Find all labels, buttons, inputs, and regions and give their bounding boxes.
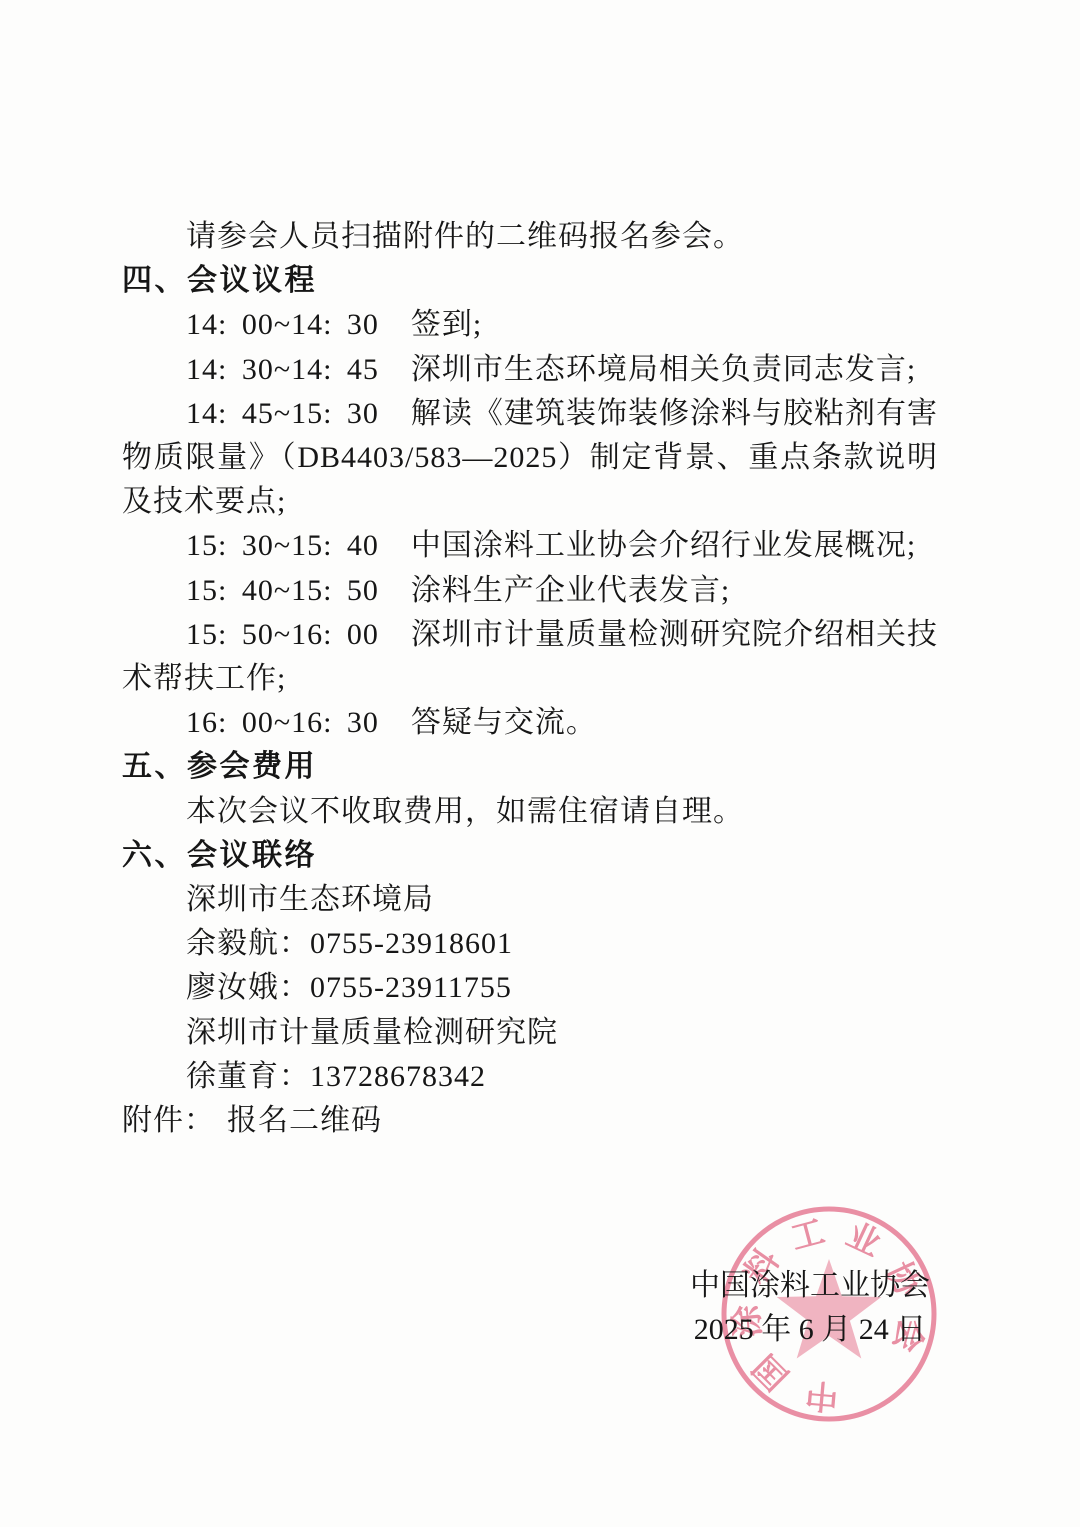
agenda-item: 15: 30~15: 40中国涂料工业协会介绍行业发展概况; xyxy=(122,524,938,568)
document-page: 请参会人员扫描附件的二维码报名参会。 四、会议议程 14: 00~14: 30签… xyxy=(0,0,1080,1527)
contact-line: 深圳市生态环境局 xyxy=(122,878,938,922)
agenda-time: 14: 00~14: 30 xyxy=(186,308,379,341)
agenda-item: 15: 40~15: 50涂料生产企业代表发言; xyxy=(122,569,938,613)
agenda-item: 16: 00~16: 30答疑与交流。 xyxy=(122,701,938,745)
agenda-time: 15: 50~16: 00 xyxy=(186,618,379,651)
contact-line: 廖汝娥：0755-23911755 xyxy=(122,966,938,1010)
contact-line: 深圳市计量质量检测研究院 xyxy=(122,1011,938,1055)
signature-block: 中国涂料工业协会 2025 年 6 月 24 日 xyxy=(690,1264,930,1352)
contact-heading: 六、会议联络 xyxy=(122,834,938,878)
fees-paragraph: 本次会议不收取费用，如需住宿请自理。 xyxy=(122,790,938,834)
agenda-time: 14: 30~14: 45 xyxy=(186,353,379,386)
agenda-activity: 签到; xyxy=(411,308,482,341)
contact-line: 徐董育：13728678342 xyxy=(122,1055,938,1099)
agenda-activity: 中国涂料工业协会介绍行业发展概况; xyxy=(411,529,916,562)
agenda-time: 14: 45~15: 30 xyxy=(186,397,379,430)
agenda-activity: 答疑与交流。 xyxy=(411,706,597,739)
agenda-activity: 涂料生产企业代表发言; xyxy=(411,574,730,607)
agenda-heading: 四、会议议程 xyxy=(122,259,938,303)
agenda-activity: 深圳市生态环境局相关负责同志发言; xyxy=(411,353,916,386)
attachment-value: 报名二维码 xyxy=(227,1104,382,1137)
seal-character: 工 xyxy=(787,1214,828,1257)
agenda-time: 15: 30~15: 40 xyxy=(186,529,379,562)
agenda-item: 14: 00~14: 30签到; xyxy=(122,303,938,347)
agenda-item: 14: 45~15: 30解读《建筑装饰装修涂料与胶粘剂有害物质限量》（DB44… xyxy=(122,392,938,525)
attachment-label: 附件： xyxy=(122,1104,215,1137)
seal-character: 中 xyxy=(804,1375,840,1415)
attachment-line: 附件：报名二维码 xyxy=(122,1099,938,1143)
signature-org: 中国涂料工业协会 xyxy=(690,1264,930,1308)
agenda-item: 15: 50~16: 00深圳市计量质量检测研究院介绍相关技术帮扶工作; xyxy=(122,613,938,701)
agenda-time: 15: 40~15: 50 xyxy=(186,574,379,607)
agenda-time: 16: 00~16: 30 xyxy=(186,706,379,739)
document-body: 请参会人员扫描附件的二维码报名参会。 四、会议议程 14: 00~14: 30签… xyxy=(122,215,938,1143)
signature-date: 2025 年 6 月 24 日 xyxy=(690,1308,930,1352)
contact-line: 余毅航：0755-23918601 xyxy=(122,922,938,966)
fees-heading: 五、参会费用 xyxy=(122,745,938,789)
agenda-item: 14: 30~14: 45深圳市生态环境局相关负责同志发言; xyxy=(122,348,938,392)
intro-paragraph: 请参会人员扫描附件的二维码报名参会。 xyxy=(122,215,938,259)
